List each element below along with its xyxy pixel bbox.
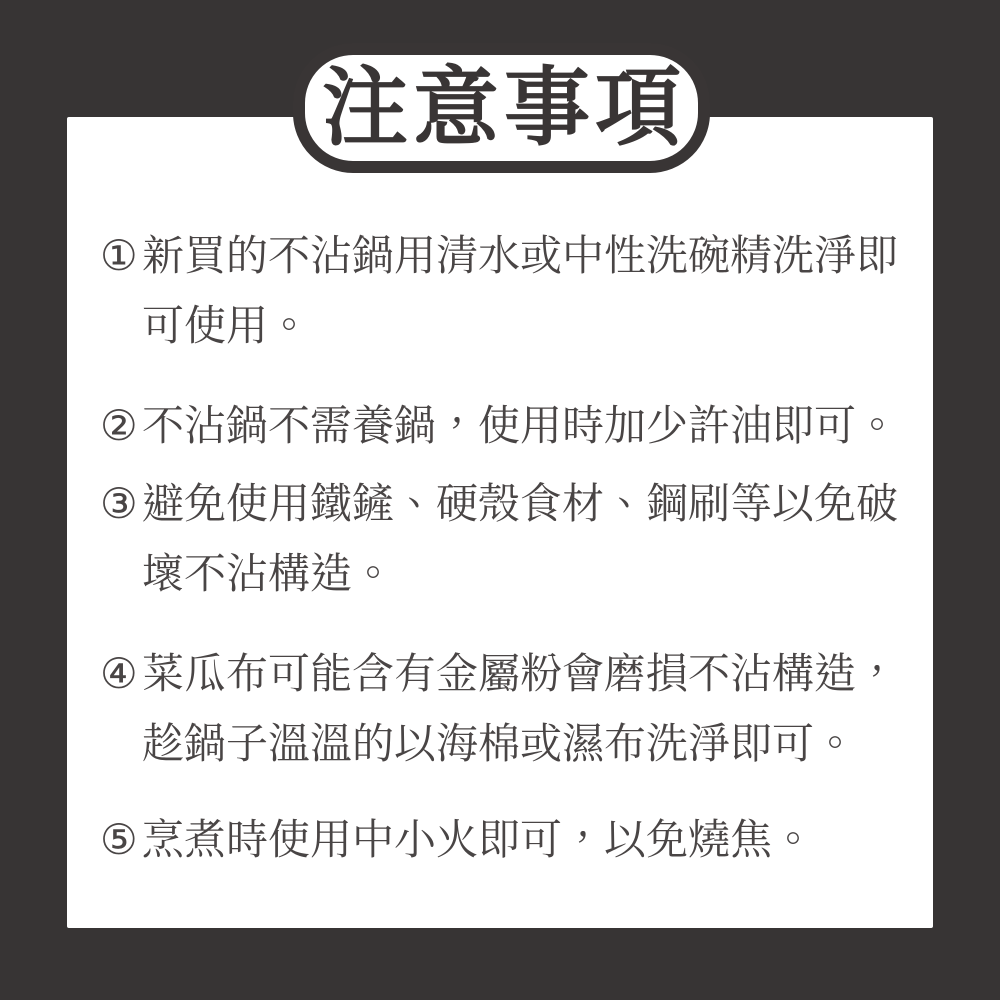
item-number: ③ [100, 469, 142, 539]
item-number: ④ [100, 639, 142, 709]
item-number: ⑤ [100, 805, 142, 875]
notice-list: ① 新買的不沾鍋用清水或中性洗碗精洗淨即 可使用。 ② 不沾鍋不需養鍋，使用時加… [100, 221, 912, 875]
list-item: ⑤ 烹煮時使用中小火即可，以免燒焦。 [100, 805, 912, 875]
list-item: ③ 避免使用鐵鏟、硬殼食材、鋼刷等以免破 壞不沾構造。 [100, 469, 912, 609]
item-text: 避免使用鐵鏟、硬殼食材、鋼刷等以免破 壞不沾構造。 [142, 469, 912, 609]
item-line: 壞不沾構造。 [142, 539, 912, 609]
item-number: ② [100, 391, 142, 461]
title-badge: 注意事項 [293, 43, 710, 173]
item-line: 趁鍋子溫溫的以海棉或濕布洗淨即可。 [142, 709, 912, 779]
item-text: 菜瓜布可能含有金屬粉會磨損不沾構造， 趁鍋子溫溫的以海棉或濕布洗淨即可。 [142, 639, 912, 779]
list-item: ② 不沾鍋不需養鍋，使用時加少許油即可。 [100, 391, 912, 461]
item-text: 新買的不沾鍋用清水或中性洗碗精洗淨即 可使用。 [142, 221, 912, 361]
item-number: ① [100, 221, 142, 291]
list-item: ① 新買的不沾鍋用清水或中性洗碗精洗淨即 可使用。 [100, 221, 912, 361]
item-text: 烹煮時使用中小火即可，以免燒焦。 [142, 805, 912, 875]
item-line: 避免使用鐵鏟、硬殼食材、鋼刷等以免破 [142, 469, 912, 539]
item-text: 不沾鍋不需養鍋，使用時加少許油即可。 [142, 391, 912, 461]
item-line: 不沾鍋不需養鍋，使用時加少許油即可。 [142, 391, 912, 461]
item-line: 烹煮時使用中小火即可，以免燒焦。 [142, 805, 912, 875]
item-line: 菜瓜布可能含有金屬粉會磨損不沾構造， [142, 639, 912, 709]
notice-infographic: { "title": "注意事項", "colors": { "backgrou… [0, 0, 1000, 1000]
item-line: 新買的不沾鍋用清水或中性洗碗精洗淨即 [142, 221, 912, 291]
list-item: ④ 菜瓜布可能含有金屬粉會磨損不沾構造， 趁鍋子溫溫的以海棉或濕布洗淨即可。 [100, 639, 912, 779]
item-line: 可使用。 [142, 291, 912, 361]
page-title: 注意事項 [317, 65, 686, 151]
